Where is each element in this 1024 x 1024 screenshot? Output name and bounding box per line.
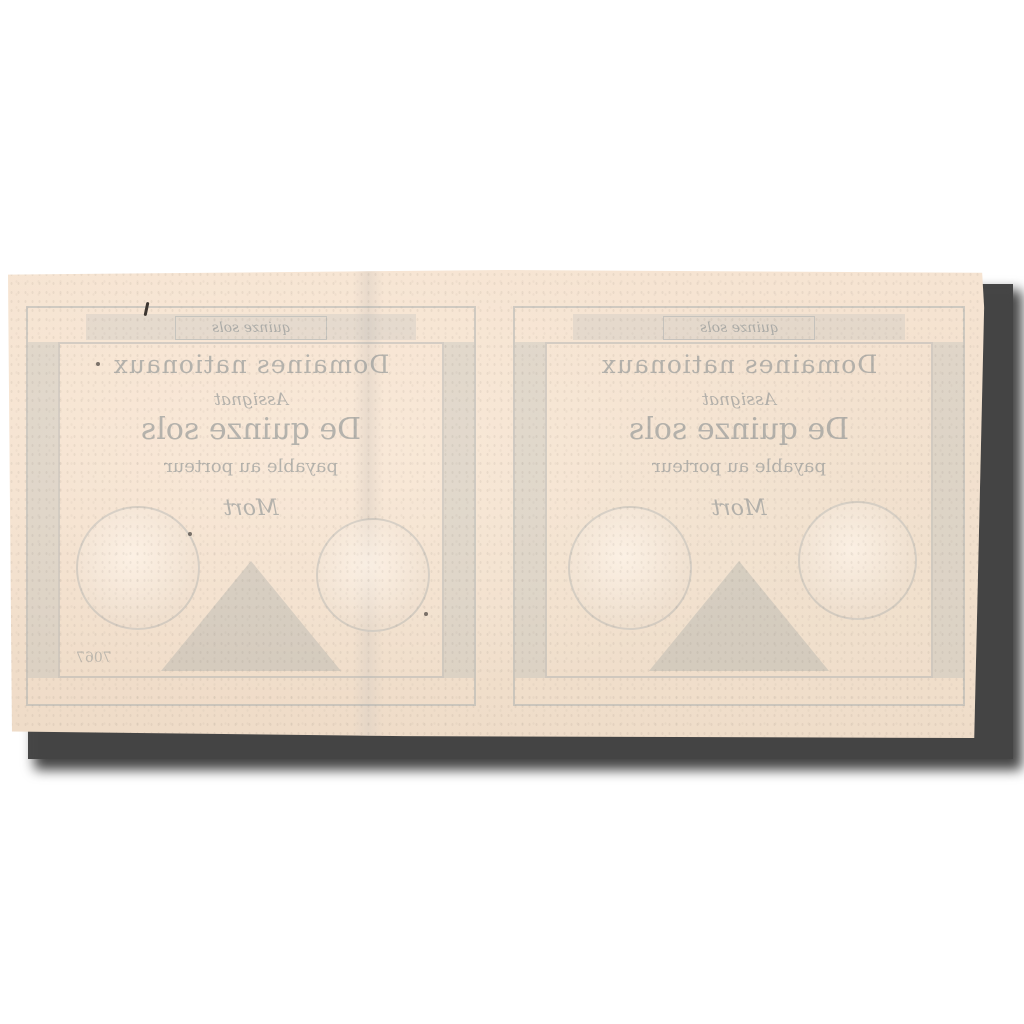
photo-stage: quinze sols Domaines nationaux Assignat … [0, 0, 1024, 1024]
note-text-domaines: Domaines nationaux [26, 350, 476, 379]
denomination-header: quinze sols [663, 316, 815, 340]
note-text-payable: payable au porteur [513, 456, 965, 477]
paper-speck [188, 532, 192, 536]
note-text-signature: Mort [26, 496, 476, 521]
assignat-sheet: quinze sols Domaines nationaux Assignat … [8, 270, 998, 738]
central-vignette [649, 561, 829, 671]
paper-speck [96, 362, 100, 366]
paper-speck [424, 612, 428, 616]
serial-number: 7067 [76, 650, 112, 666]
central-vignette [161, 561, 341, 671]
banknote-right: quinze sols Domaines nationaux Assignat … [513, 306, 965, 706]
note-text-denomination: De quinze sols [26, 412, 476, 447]
note-text-payable: payable au porteur [26, 456, 476, 477]
note-text-assignat: Assignat [513, 390, 965, 410]
note-text-domaines: Domaines nationaux [513, 350, 965, 379]
note-text-assignat: Assignat [26, 390, 476, 410]
banknote-left: quinze sols Domaines nationaux Assignat … [26, 306, 476, 706]
note-text-denomination: De quinze sols [513, 412, 965, 447]
denomination-header: quinze sols [175, 316, 327, 340]
